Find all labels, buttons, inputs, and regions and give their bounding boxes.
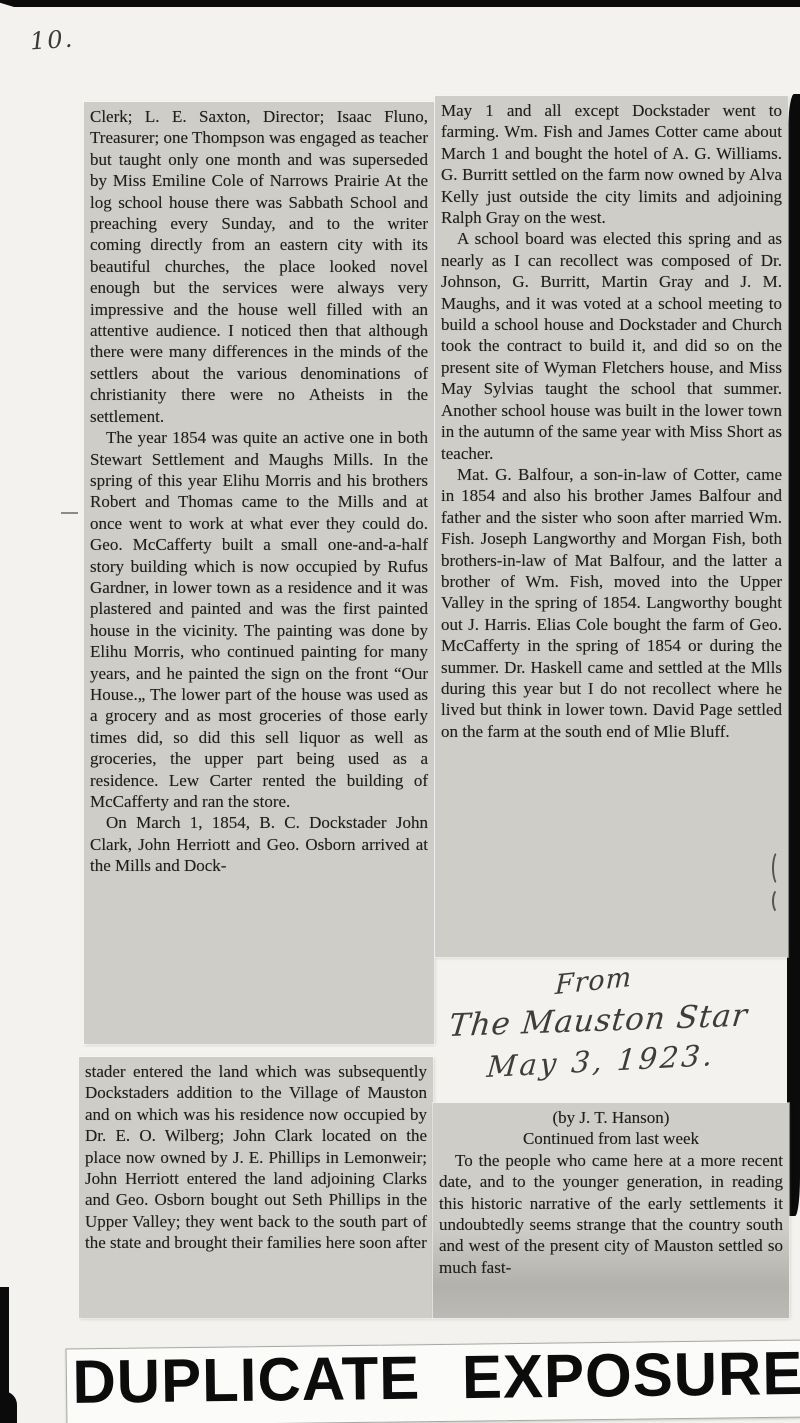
scanned-scrapbook-page: 10. Clerk; L. E. Saxton, Director; Isaac… [0, 0, 800, 1423]
margin-dash-mark [61, 512, 78, 514]
paragraph: On March 1, 1854, B. C. Dockstader John … [90, 812, 428, 876]
paragraph: To the people who came here at a more re… [439, 1150, 783, 1278]
paragraph: Clerk; L. E. Saxton, Director; Isaac Flu… [90, 106, 428, 427]
scan-edge-left-corner [0, 1391, 17, 1423]
continued-note: Continued from last week [439, 1128, 783, 1149]
handwritten-source-line-1: From [554, 962, 632, 1001]
left-column-clipping-upper: Clerk; L. E. Saxton, Director; Isaac Flu… [84, 102, 434, 1044]
paragraph: A school board was elected this spring a… [441, 228, 782, 463]
paragraph: The year 1854 was quite an active one in… [90, 427, 428, 812]
duplicate-exposure-label: DUPLICATE EXPOSURE [66, 1339, 800, 1423]
handwritten-source-line-3: May 3, 1923. [486, 1038, 717, 1084]
left-column-clipping-lower: stader entered the land which was subseq… [79, 1057, 433, 1318]
paragraph: stader entered the land which was subseq… [85, 1061, 427, 1254]
margin-paren-mark-small [772, 888, 786, 914]
margin-paren-mark [772, 850, 786, 886]
paragraph: May 1 and all except Dockstader went to … [441, 100, 782, 228]
paragraph: Mat. G. Balfour, a son-in-law of Cotter,… [441, 464, 782, 742]
scan-edge-right [787, 94, 800, 1216]
byline-clipping: (by J. T. Hanson) Continued from last we… [433, 1103, 789, 1318]
handwritten-source-line-2: The Mauston Star [447, 997, 749, 1044]
byline: (by J. T. Hanson) [439, 1107, 783, 1128]
right-column-clipping: May 1 and all except Dockstader went to … [435, 96, 788, 957]
handwritten-page-number: 10. [29, 24, 75, 55]
scan-edge-top [0, 0, 800, 7]
duplicate-exposure-text: DUPLICATE EXPOSURE [72, 1340, 800, 1416]
